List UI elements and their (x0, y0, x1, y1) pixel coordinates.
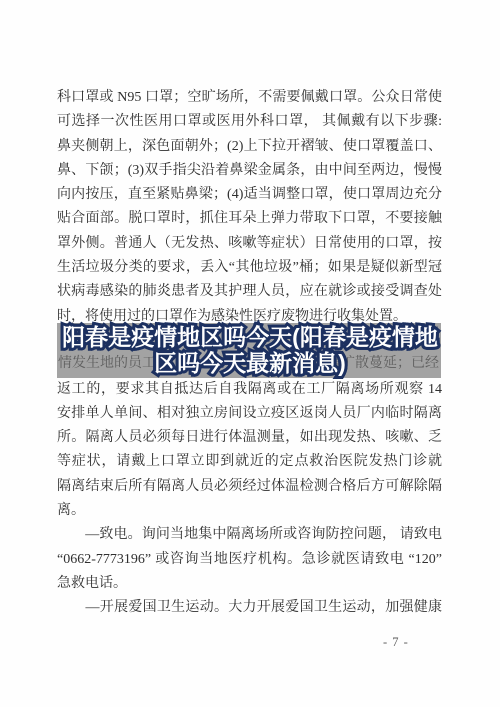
text-line: 安排单人单间、相对独立房间设立疫区返岗人员厂内临时隔离场 (57, 402, 442, 426)
text-line: 等症状，请戴上口罩立即到就近的定点救治医院发热门诊就诊。 (57, 450, 442, 474)
headline-line2-text: 区吗今天最新消息) (0, 350, 500, 376)
text-line: 返工的，要求其自抵达后自我隔离或在工厂隔离场所观察 14 天， (57, 378, 442, 402)
text-line: 鼻夹侧朝上，深色面朝外；(2)上下拉开褶皱、使口罩覆盖口、 (57, 135, 442, 159)
text-line: 状病毒感染的肺炎患者及其护理人员，应在就诊或接受调查处置 (57, 280, 442, 304)
document-page: 科口罩或 N95 口罩；空旷场所，不需要佩戴口罩。公众日常使用可选择一次性医用口… (0, 0, 500, 707)
text-line: —开展爱国卫生运动。大力开展爱国卫生运动，加强健康教 (57, 596, 442, 620)
page-number: - 7 - (383, 635, 409, 650)
headline-line2: 区吗今天最新消息) 区吗今天最新消息) (0, 350, 500, 376)
headline-line1-text: 阳春是疫情地区吗今天(阳春是疫情地 (0, 324, 500, 350)
text-line: 所。隔离人员必须每日进行体温测量，如出现发热、咳嗽、乏力 (57, 426, 442, 450)
text-line: 贴合面部。脱口罩时，抓住耳朵上弹力带取下口罩，不要接触口 (57, 207, 442, 231)
text-line: 生活垃圾分类的要求，丢入“其他垃圾”桶；如果是疑似新型冠 (57, 256, 442, 280)
text-line: 可选择一次性医用口罩或医用外科口罩， 其佩戴有以下步骤: (1) (57, 110, 442, 134)
text-line: 向内按压，直至紧贴鼻梁；(4)适当调整口罩，使口罩周边充分 (57, 183, 442, 207)
text-line: —致电。询问当地集中隔离场所或咨询防控问题， 请致电 (57, 523, 442, 547)
text-line: “0662-7773196” 或咨询当地医疗机构。急诊就医请致电 “120” (57, 548, 442, 572)
headline-overlay: 阳春是疫情地区吗今天(阳春是疫情地 阳春是疫情地区吗今天(阳春是疫情地 区吗今天… (0, 324, 500, 376)
text-line: 离。 (57, 499, 442, 523)
text-line: 隔离结束后所有隔离人员必须经过体温检测合格后方可解除隔 (57, 475, 442, 499)
text-line: 罩外侧。普通人（无发热、咳嗽等症状）日常使用的口罩，按照 (57, 232, 442, 256)
text-line: 科口罩或 N95 口罩；空旷场所，不需要佩戴口罩。公众日常使用 (57, 86, 442, 110)
text-line: 急救电话。 (57, 572, 442, 596)
headline-line1: 阳春是疫情地区吗今天(阳春是疫情地 阳春是疫情地区吗今天(阳春是疫情地 (0, 324, 500, 350)
text-line: 鼻、下颌；(3)双手指尖沿着鼻梁金属条，由中间至两边，慢慢 (57, 159, 442, 183)
